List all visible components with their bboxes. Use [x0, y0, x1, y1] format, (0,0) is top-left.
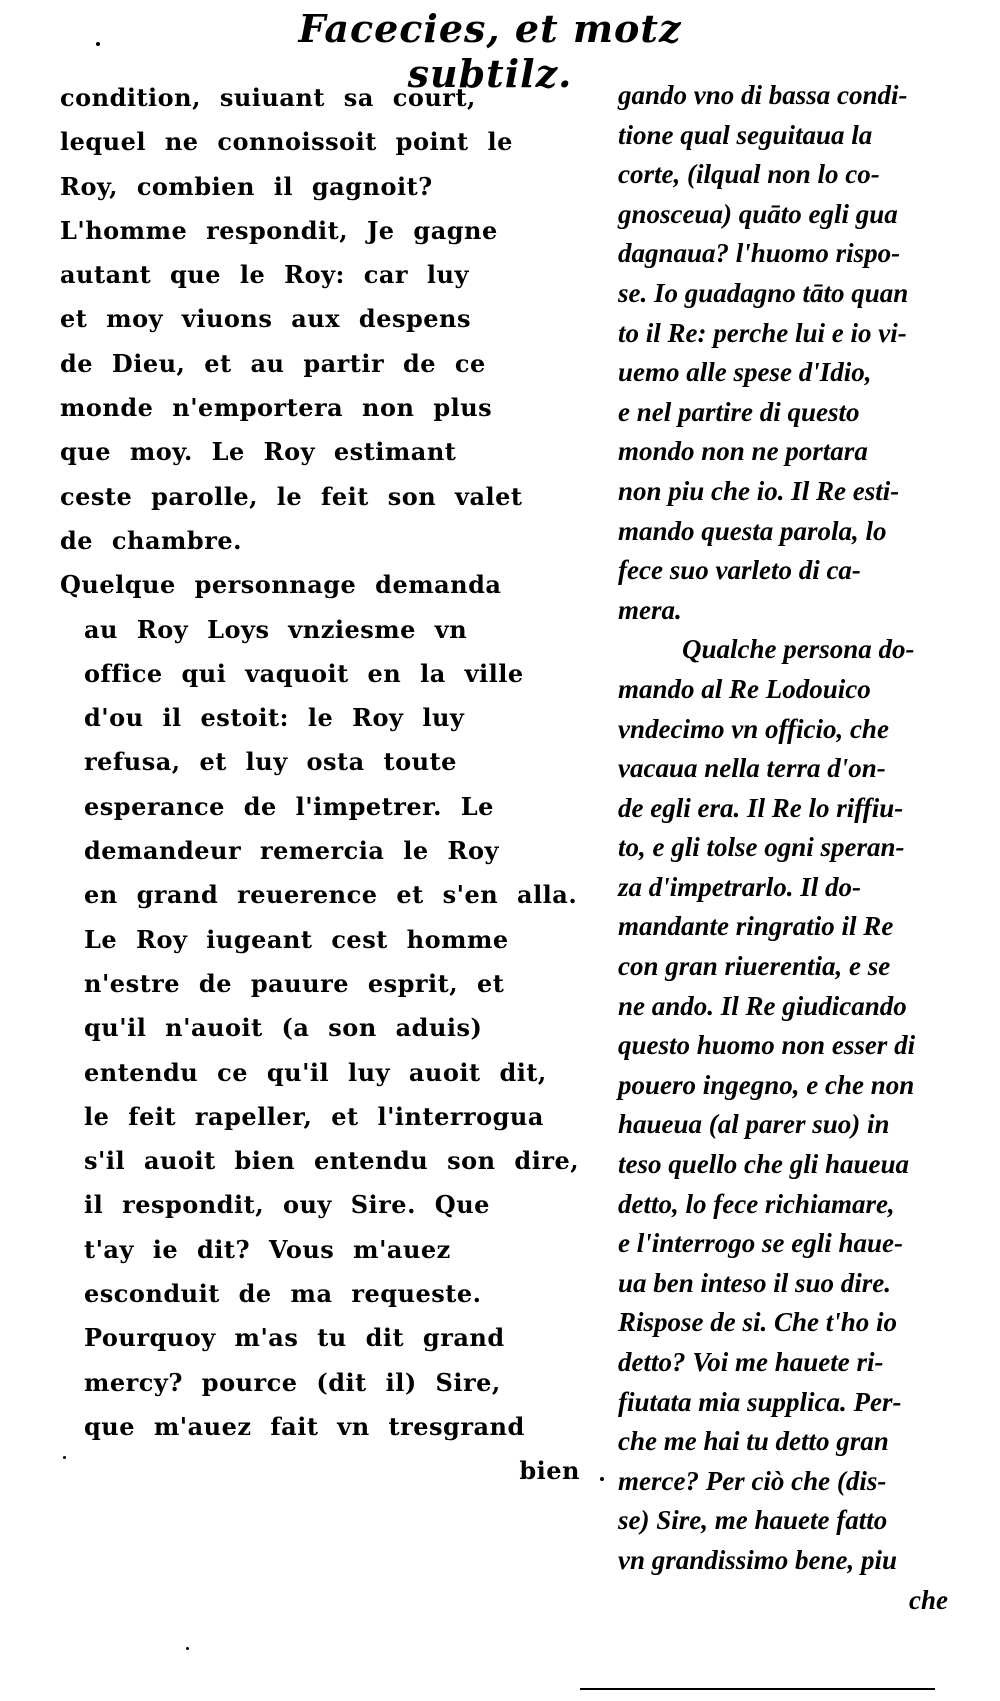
- text-line: corte, (ilqual non lo co-: [618, 155, 948, 195]
- text-line: mercy? pource (dit il) Sire,: [60, 1361, 580, 1405]
- text-line: de Dieu, et au partir de ce: [60, 342, 580, 386]
- text-line: fiutata mia supplica. Per-: [618, 1383, 948, 1423]
- text-line: d'ou il estoit: le Roy luy: [60, 696, 580, 740]
- text-line: Qualche persona do-: [618, 630, 948, 670]
- text-line: office qui vaquoit en la ville: [60, 652, 580, 696]
- text-line: haueua (al parer suo) in: [618, 1105, 948, 1145]
- text-line: condition, suiuant sa court,: [60, 76, 580, 120]
- text-line: vacaua nella terra d'on-: [618, 749, 948, 789]
- text-line: mando al Re Lodouico: [618, 670, 948, 710]
- ink-speck: [186, 1647, 189, 1650]
- text-line: questo huomo non esser di: [618, 1026, 948, 1066]
- text-line: Pourquoy m'as tu dit grand: [60, 1316, 580, 1360]
- text-line: uemo alle spese d'Idio,: [618, 353, 948, 393]
- text-line: Rispose de si. Che t'ho io: [618, 1303, 948, 1343]
- text-line: che me hai tu detto gran: [618, 1422, 948, 1462]
- text-line: e l'interrogo se egli haue-: [618, 1224, 948, 1264]
- french-column: condition, suiuant sa court,lequel ne co…: [60, 76, 580, 1494]
- text-line: mera.: [618, 591, 948, 631]
- text-line: monde n'emportera non plus: [60, 386, 580, 430]
- text-line: vndecimo vn officio, che: [618, 710, 948, 750]
- text-line: s'il auoit bien entendu son dire,: [60, 1139, 580, 1183]
- text-line: tione qual seguitaua la: [618, 116, 948, 156]
- text-line: ua ben inteso il suo dire.: [618, 1264, 948, 1304]
- text-line: au Roy Loys vnziesme vn: [60, 608, 580, 652]
- text-line: to, e gli tolse ogni speran-: [618, 828, 948, 868]
- text-line: mandante ringratio il Re: [618, 907, 948, 947]
- text-line: vn grandissimo bene, piu: [618, 1541, 948, 1581]
- text-line: esconduit de ma requeste.: [60, 1272, 580, 1316]
- text-line: ceste parolle, le feit son valet: [60, 475, 580, 519]
- footer-rule: [580, 1688, 935, 1690]
- book-page: Facecies, et motz subtilz. condition, su…: [0, 0, 1000, 1701]
- italian-column: gando vno di bassa condi-tione qual segu…: [618, 76, 948, 1620]
- text-line: dagnaua? l'huomo rispo-: [618, 234, 948, 274]
- catchword: bien: [60, 1449, 580, 1493]
- text-line: to il Re: perche lui e io vi-: [618, 314, 948, 354]
- text-line: detto? Voi me hauete ri-: [618, 1343, 948, 1383]
- text-line: Quelque personnage demanda: [60, 563, 580, 607]
- text-line: en grand reuerence et s'en alla.: [60, 873, 580, 917]
- text-line: le feit rapeller, et l'interrogua: [60, 1095, 580, 1139]
- text-line: Le Roy iugeant cest homme: [60, 918, 580, 962]
- text-line: se. Io guadagno tāto quan: [618, 274, 948, 314]
- ink-speck: [96, 42, 100, 46]
- catchword: che: [618, 1581, 948, 1621]
- text-line: esperance de l'impetrer. Le: [60, 785, 580, 829]
- text-line: refusa, et luy osta toute: [60, 740, 580, 784]
- text-line: entendu ce qu'il luy auoit dit,: [60, 1051, 580, 1095]
- text-line: za d'impetrarlo. Il do-: [618, 868, 948, 908]
- text-line: de chambre.: [60, 519, 580, 563]
- text-line: et moy viuons aux despens: [60, 297, 580, 341]
- text-line: qu'il n'auoit (a son aduis): [60, 1006, 580, 1050]
- text-line: Roy, combien il gagnoit?: [60, 165, 580, 209]
- text-line: mondo non ne portara: [618, 432, 948, 472]
- text-line: con gran riuerentia, e se: [618, 947, 948, 987]
- text-line: fece suo varleto di ca-: [618, 551, 948, 591]
- text-line: mando questa parola, lo: [618, 512, 948, 552]
- text-line: merce? Per ciò che (dis-: [618, 1462, 948, 1502]
- text-line: L'homme respondit, Je gagne: [60, 209, 580, 253]
- text-line: e nel partire di questo: [618, 393, 948, 433]
- text-line: pouero ingegno, e che non: [618, 1066, 948, 1106]
- text-line: lequel ne connoissoit point le: [60, 120, 580, 164]
- text-line: non piu che io. Il Re esti-: [618, 472, 948, 512]
- ink-speck: [63, 1456, 66, 1459]
- ink-speck: [600, 1477, 604, 1481]
- text-line: t'ay ie dit? Vous m'auez: [60, 1228, 580, 1272]
- text-line: autant que le Roy: car luy: [60, 253, 580, 297]
- text-line: de egli era. Il Re lo riffiu-: [618, 789, 948, 829]
- text-line: se) Sire, me hauete fatto: [618, 1501, 948, 1541]
- text-line: teso quello che gli haueua: [618, 1145, 948, 1185]
- text-line: que m'auez fait vn tresgrand: [60, 1405, 580, 1449]
- text-line: il respondit, ouy Sire. Que: [60, 1183, 580, 1227]
- text-line: detto, lo fece richiamare,: [618, 1185, 948, 1225]
- text-line: gando vno di bassa condi-: [618, 76, 948, 116]
- text-line: gnosceua) quāto egli gua: [618, 195, 948, 235]
- text-line: n'estre de pauure esprit, et: [60, 962, 580, 1006]
- text-line: que moy. Le Roy estimant: [60, 430, 580, 474]
- text-line: demandeur remercia le Roy: [60, 829, 580, 873]
- text-line: ne ando. Il Re giudicando: [618, 987, 948, 1027]
